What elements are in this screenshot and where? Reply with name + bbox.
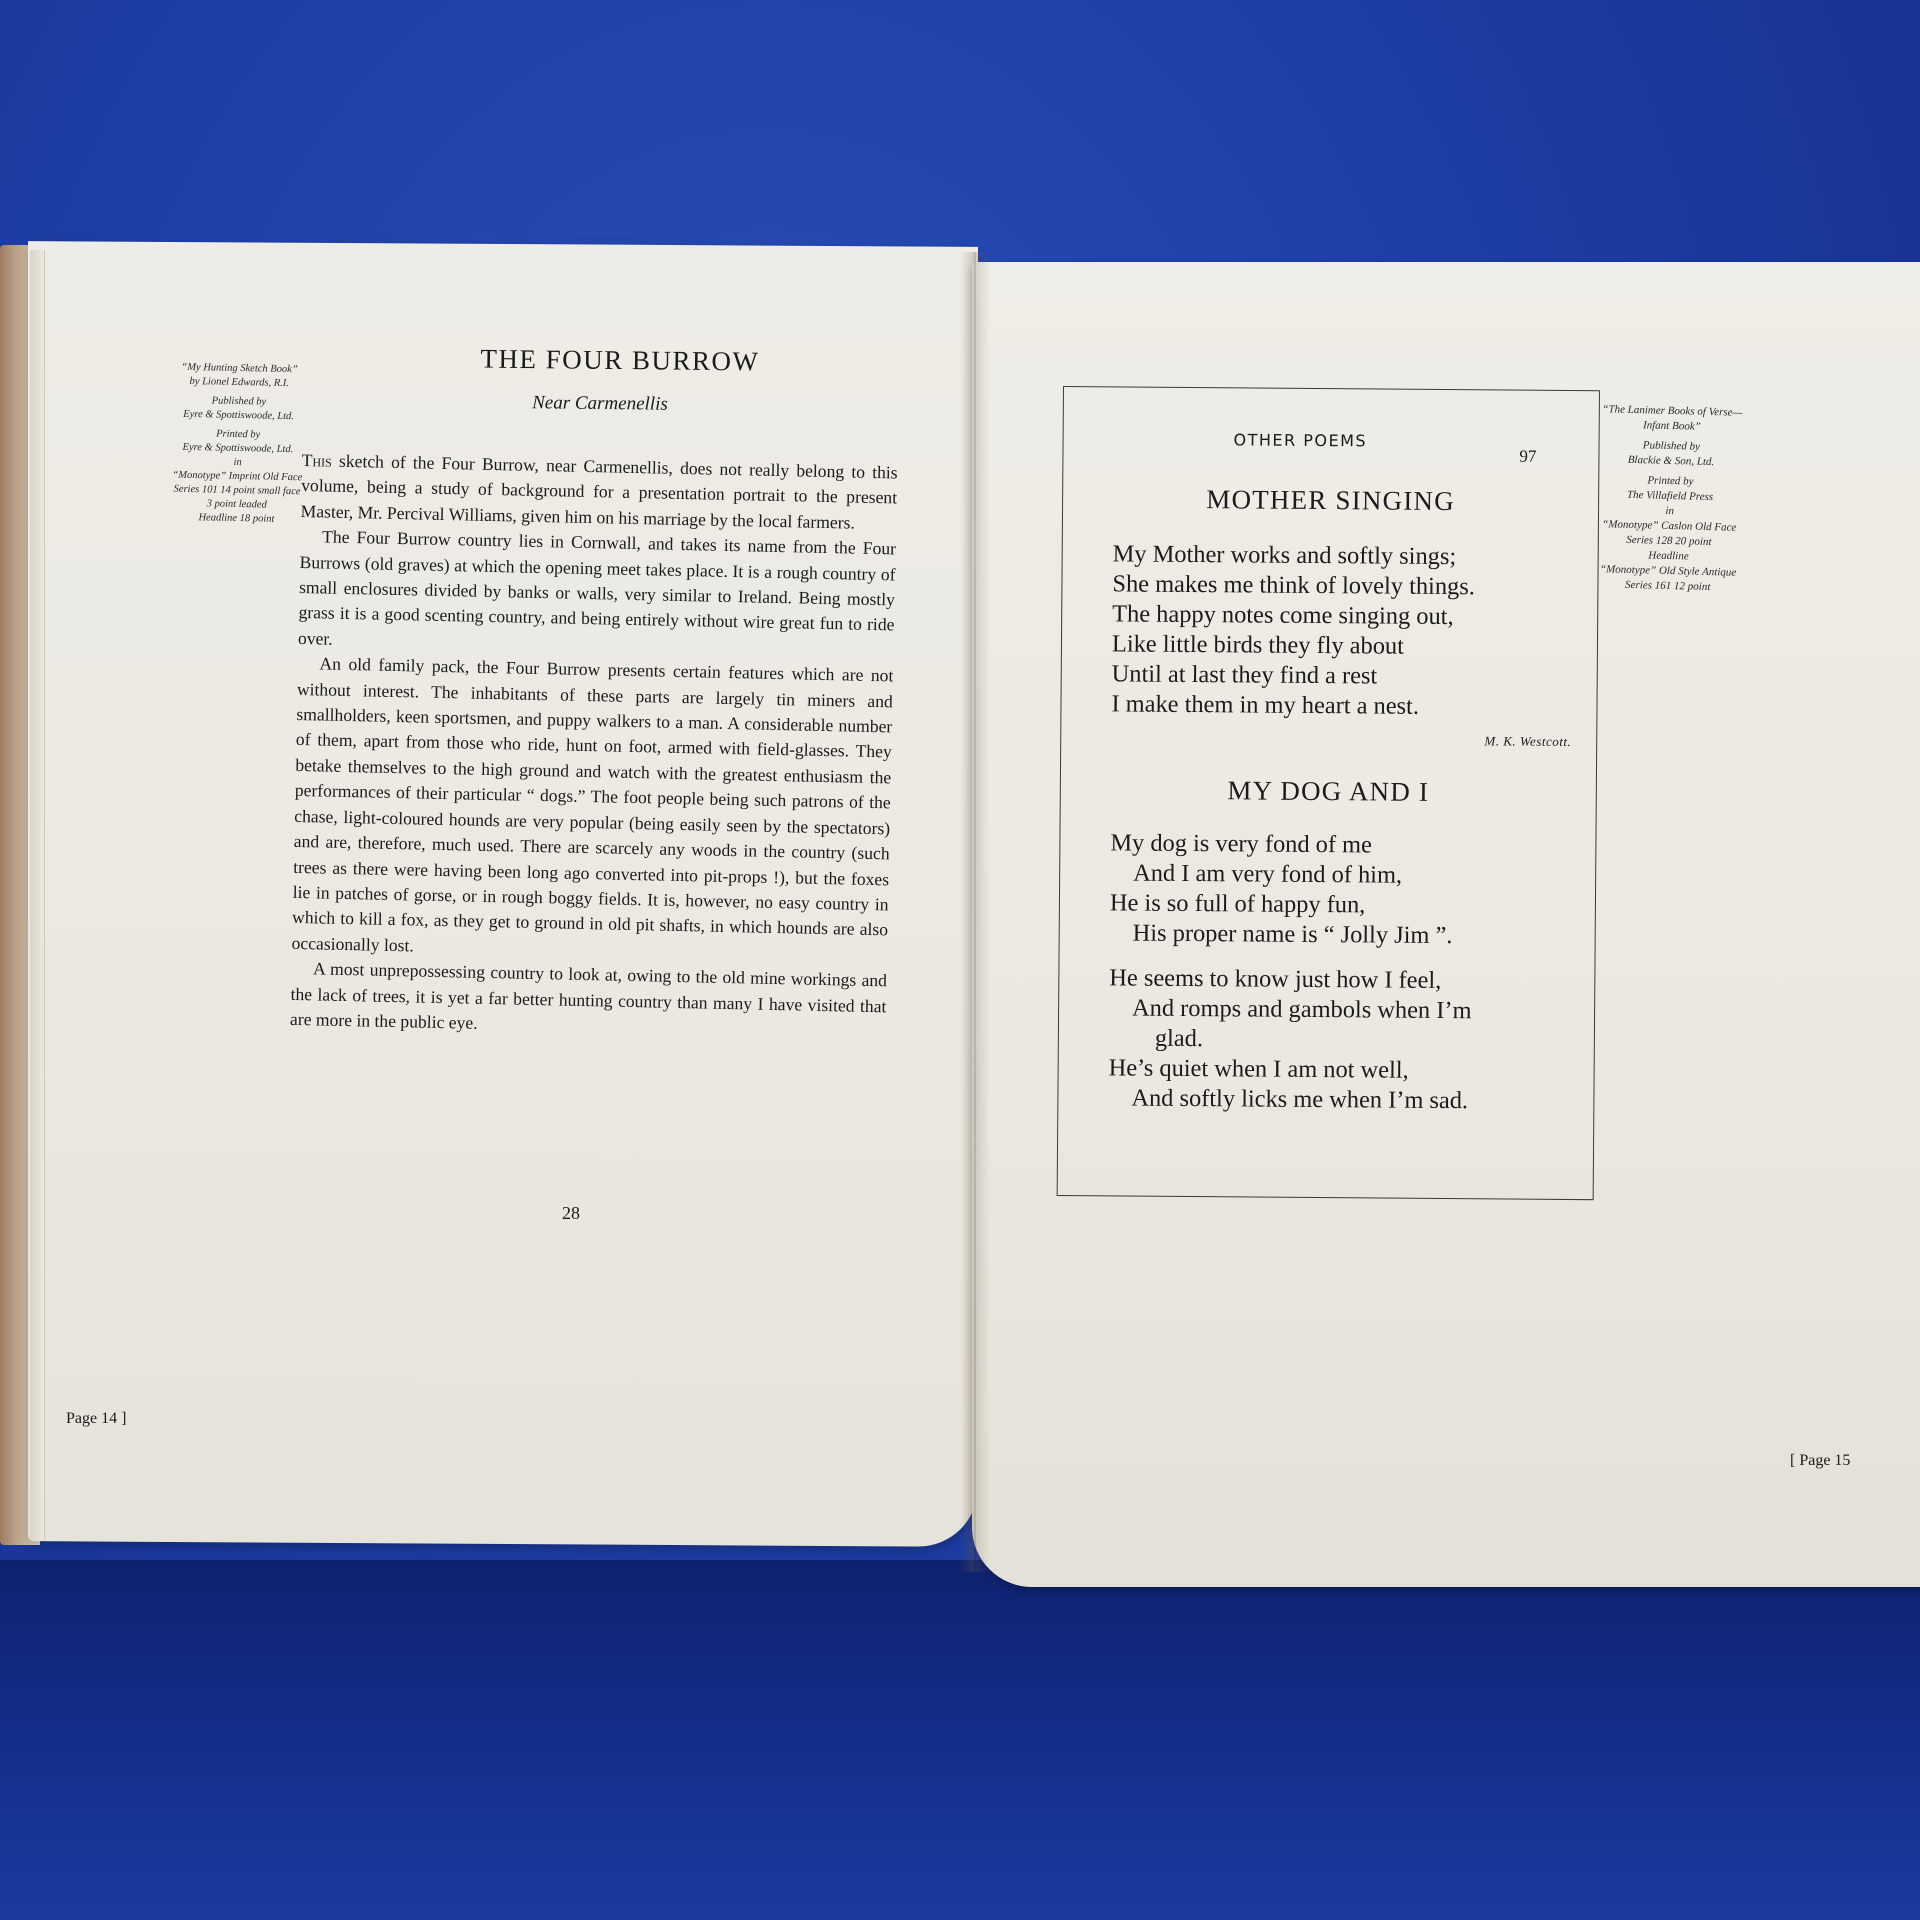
poem-line: glad. [1109,1023,1579,1057]
paragraph-text: sketch of the Four Burrow, near Carmenel… [300,451,897,533]
page-label-right: [ Page 15 [1790,1452,1850,1470]
paragraph: A most unprepossessing country to look a… [290,956,887,1045]
poem-line: The happy notes come singing out, [1112,599,1582,633]
poem-line: She makes me think of lovely things. [1112,569,1582,603]
page-label-left: Page 14 ] [66,1410,126,1428]
poem-title: MOTHER SINGING [1063,483,1598,518]
poem-line: And softly licks me when I’m sad. [1108,1083,1578,1117]
poem-line: Like little birds they fly about [1112,629,1582,663]
folio-number: 28 [562,1203,580,1224]
poem-line: He seems to know just how I feel, [1109,963,1579,997]
poem-body: My dog is very fond of me And I am very … [1108,828,1580,1117]
chapter-title: THE FOUR BURROW [450,343,790,378]
page-stack-edge [30,250,45,1540]
chapter-subtitle: Near Carmenellis [470,392,730,417]
poem-body: My Mother works and softly sings; She ma… [1111,539,1582,723]
paragraph: This sketch of the Four Burrow, near Car… [300,448,897,537]
paragraph: The Four Burrow country lies in Cornwall… [298,524,897,663]
body-text: This sketch of the Four Burrow, near Car… [290,448,898,1045]
poem-line: And I am very fond of him, [1110,858,1580,892]
poem-title: MY DOG AND I [1061,774,1596,809]
drop-lead-word: This [302,450,333,471]
poem-line: His proper name is “ Jolly Jim ”. [1110,918,1580,952]
table-surface [0,1560,1920,1920]
poem-line: Until at last they find a rest [1112,659,1582,693]
poem-line: My dog is very fond of me [1110,828,1580,862]
poem-line: My Mother works and softly sings; [1113,539,1583,573]
right-margin-note: “The Lanimer Books of Verse— Infant Book… [1588,402,1753,596]
inset-page-number: 97 [1519,447,1536,467]
running-head: OTHER POEMS [1234,430,1368,450]
poem-line: I make them in my heart a nest. [1111,689,1581,723]
left-margin-note: “My Hunting Sketch Book” by Lionel Edwar… [156,360,319,527]
poem-plate-frame: OTHER POEMS 97 MOTHER SINGING My Mother … [1057,386,1600,1200]
poem-author: M. K. Westcott. [1431,733,1571,750]
paragraph: An old family pack, the Four Burrow pres… [291,651,893,968]
poem-line: He is so full of happy fun, [1110,888,1580,922]
poem-line: He’s quiet when I am not well, [1109,1053,1579,1087]
book-gutter [960,252,990,1572]
poem-line: And romps and gambols when I’m [1109,993,1579,1027]
